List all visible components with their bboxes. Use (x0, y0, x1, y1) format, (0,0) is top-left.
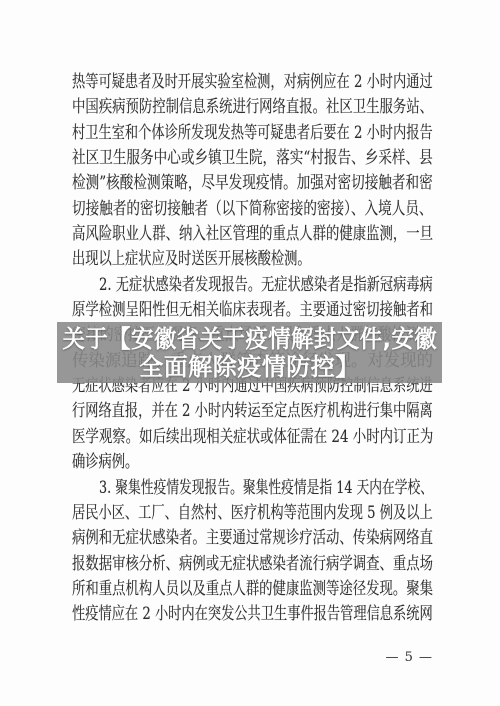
doc-line-row: 确诊病例。 (72, 450, 433, 475)
doc-line: 性疫情应在 2 小时内在突发公共卫生事件报告管理信息系统网 (72, 602, 433, 627)
doc-line-row: 性疫情应在 2 小时内在突发公共卫生事件报告管理信息系统网 (72, 602, 433, 627)
doc-line: 检测”核酸检测策略，尽早发现疫情。加强对密切接触者和密 (72, 171, 433, 196)
doc-line-row: 高风险职业人群、纳入社区管理的重点人群的健康监测，一旦 (72, 222, 433, 247)
doc-line: 高风险职业人群、纳入社区管理的重点人群的健康监测，一旦 (72, 222, 433, 247)
doc-line: 病例和无症状感染者。主要通过常规诊疗活动、传染病网络直 (72, 526, 433, 551)
doc-line-row: 中国疾病预防控制信息系统进行网络直报。社区卫生服务站、 (72, 95, 433, 120)
doc-line: 中国疾病预防控制信息系统进行网络直报。社区卫生服务站、 (72, 95, 433, 120)
overlay-title-line2: 全面解除疫情防控】 (139, 353, 360, 381)
doc-line-row: 出现以上症状应及时送医开展核酸检测。 (72, 247, 433, 272)
doc-line-row: 检测”核酸检测策略，尽早发现疫情。加强对密切接触者和密 (72, 171, 433, 196)
doc-line: 村卫生室和个体诊所发现发热等可疑患者后要在 2 小时内报告 (72, 121, 433, 146)
doc-line-row: 热等可疑患者及时开展实验室检测，对病例应在 2 小时内通过 (72, 70, 433, 95)
doc-line-row: 原学检测呈阳性但无相关临床表现者。主要通过密切接触者和 (72, 298, 433, 323)
doc-line: 确诊病例。 (72, 450, 138, 475)
page-number: — 5 — (385, 650, 433, 665)
doc-line: 原学检测呈阳性但无相关临床表现者。主要通过密切接触者和 (72, 298, 433, 323)
doc-line: 切接触者的密切接触者（以下简称密接的密接）、入境人员、 (72, 197, 433, 222)
doc-line: 所和重点机构人员以及重点人群的健康监测等途径发现。聚集 (72, 577, 433, 602)
doc-line-row: 村卫生室和个体诊所发现发热等可疑患者后要在 2 小时内报告 (72, 121, 433, 146)
doc-line-row: 行网络直报，并在 2 小时内转运至定点医疗机构进行集中隔离 (72, 399, 433, 424)
doc-line: 医学观察。如后续出现相关症状或体征需在 24 小时内订正为 (72, 425, 433, 450)
document-page: 热等可疑患者及时开展实验室检测，对病例应在 2 小时内通过 中国疾病预防控制信息… (0, 0, 500, 706)
doc-line: 行网络直报，并在 2 小时内转运至定点医疗机构进行集中隔离 (72, 399, 433, 424)
doc-line-row: 病例和无症状感染者。主要通过常规诊疗活动、传染病网络直 (72, 526, 433, 551)
doc-line-row: 居民小区、工厂、自然村、医疗机构等范围内发现 5 例及以上 (72, 501, 433, 526)
doc-line: 社区卫生服务中心或乡镇卫生院，落实“村报告、乡采样、县 (72, 146, 433, 171)
doc-line-row: 2. 无症状感染者发现报告。无症状感染者是指新冠病毒病 (72, 273, 433, 298)
doc-line-row: 报数据审核分析、病例或无症状感染者流行病学调查、重点场 (72, 552, 433, 577)
doc-line-row: 3. 聚集性疫情发现报告。聚集性疫情是指 14 天内在学校、 (72, 476, 433, 501)
doc-line: 2. 无症状感染者发现报告。无症状感染者是指新冠病毒病 (99, 273, 433, 298)
doc-line: 3. 聚集性疫情发现报告。聚集性疫情是指 14 天内在学校、 (99, 476, 433, 501)
doc-line-row: 切接触者的密切接触者（以下简称密接的密接）、入境人员、 (72, 197, 433, 222)
doc-line-row: 医学观察。如后续出现相关症状或体征需在 24 小时内订正为 (72, 425, 433, 450)
doc-line: 出现以上症状应及时送医开展核酸检测。 (72, 247, 311, 272)
doc-line: 热等可疑患者及时开展实验室检测，对病例应在 2 小时内通过 (72, 70, 433, 95)
doc-line: 居民小区、工厂、自然村、医疗机构等范围内发现 5 例及以上 (72, 501, 433, 526)
doc-line-row: 社区卫生服务中心或乡镇卫生院，落实“村报告、乡采样、县 (72, 146, 433, 171)
overlay-title-line1: 关于【安徽省关于疫情解封文件,安徽 (62, 325, 437, 353)
overlay-title-banner: 关于【安徽省关于疫情解封文件,安徽 全面解除疫情防控】 (57, 322, 442, 383)
doc-line-row: 所和重点机构人员以及重点人群的健康监测等途径发现。聚集 (72, 577, 433, 602)
doc-line: 报数据审核分析、病例或无症状感染者流行病学调查、重点场 (72, 552, 433, 577)
